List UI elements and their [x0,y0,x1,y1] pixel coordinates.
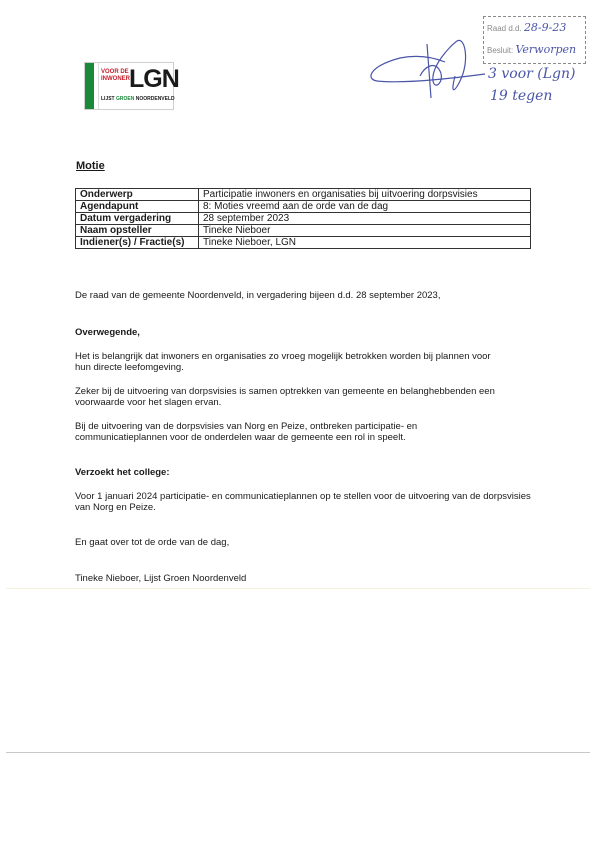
table-value: 28 september 2023 [199,213,531,225]
table-key: Datum vergadering [76,213,199,225]
logo-green-bar [85,63,94,109]
vote-note-against: 19 tegen [490,88,552,104]
logo-acronym: LGN [129,65,179,94]
verzoekt-heading: Verzoekt het college: [75,467,535,478]
overwegende-paragraph-3: Bij de uitvoering van de dorpsvisies van… [75,421,455,443]
closing-line: En gaat over tot de orde van de dag, [75,537,535,548]
overwegende-paragraph-1: Het is belangrijk dat inwoners en organi… [75,351,495,373]
logo-divider [94,63,99,109]
page-divider [6,752,590,753]
document-title: Motie [76,160,105,172]
signature-line: Tineke Nieboer, Lijst Groen Noordenveld [75,573,535,584]
table-row: Indiener(s) / Fractie(s)Tineke Nieboer, … [76,237,531,249]
logo-subtitle-part1: LIJST [101,96,116,102]
table-key: Indiener(s) / Fractie(s) [76,237,199,249]
stamp-raad-label: Raad d.d. [487,24,522,33]
council-decision-stamp: Raad d.d. 28-9-23 Besluit: Verworpen [483,16,586,64]
table-value: Tineke Nieboer [199,225,531,237]
logo-subtitle: LIJST GROEN NOORDENVELD [101,96,175,102]
stamp-besluit-label: Besluit: [487,46,513,55]
vote-note-for: 3 voor (Lgn) [488,66,575,82]
table-key: Agendapunt [76,201,199,213]
table-key: Onderwerp [76,189,199,201]
logo-tagline: VOOR DE INWONER [101,69,131,83]
overwegende-paragraph-2: Zeker bij de uitvoering van dorpsvisies … [75,386,535,408]
verzoekt-paragraph: Voor 1 januari 2024 participatie- en com… [75,491,535,513]
overwegende-heading: Overwegende, [75,327,535,338]
logo-subtitle-green: GROEN [116,96,134,102]
table-row: Naam opstellerTineke Nieboer [76,225,531,237]
table-row: Datum vergadering28 september 2023 [76,213,531,225]
table-row: Agendapunt8: Moties vreemd aan de orde v… [76,201,531,213]
stamp-besluit-value: Verworpen [515,43,576,56]
scan-line [6,588,590,589]
table-value: Participatie inwoners en organisaties bi… [199,189,531,201]
party-logo: VOOR DE INWONER LGN LIJST GROEN NOORDENV… [84,62,174,110]
table-value: Tineke Nieboer, LGN [199,237,531,249]
table-key: Naam opsteller [76,225,199,237]
table-row: OnderwerpParticipatie inwoners en organi… [76,189,531,201]
intro-paragraph: De raad van de gemeente Noordenveld, in … [75,290,535,301]
handwritten-signature-icon [365,36,490,106]
stamp-raad-date: 28-9-23 [524,21,566,34]
motion-info-table: OnderwerpParticipatie inwoners en organi… [75,188,531,249]
logo-subtitle-part2: NOORDENVELD [134,96,174,102]
table-value: 8: Moties vreemd aan de orde van de dag [199,201,531,213]
